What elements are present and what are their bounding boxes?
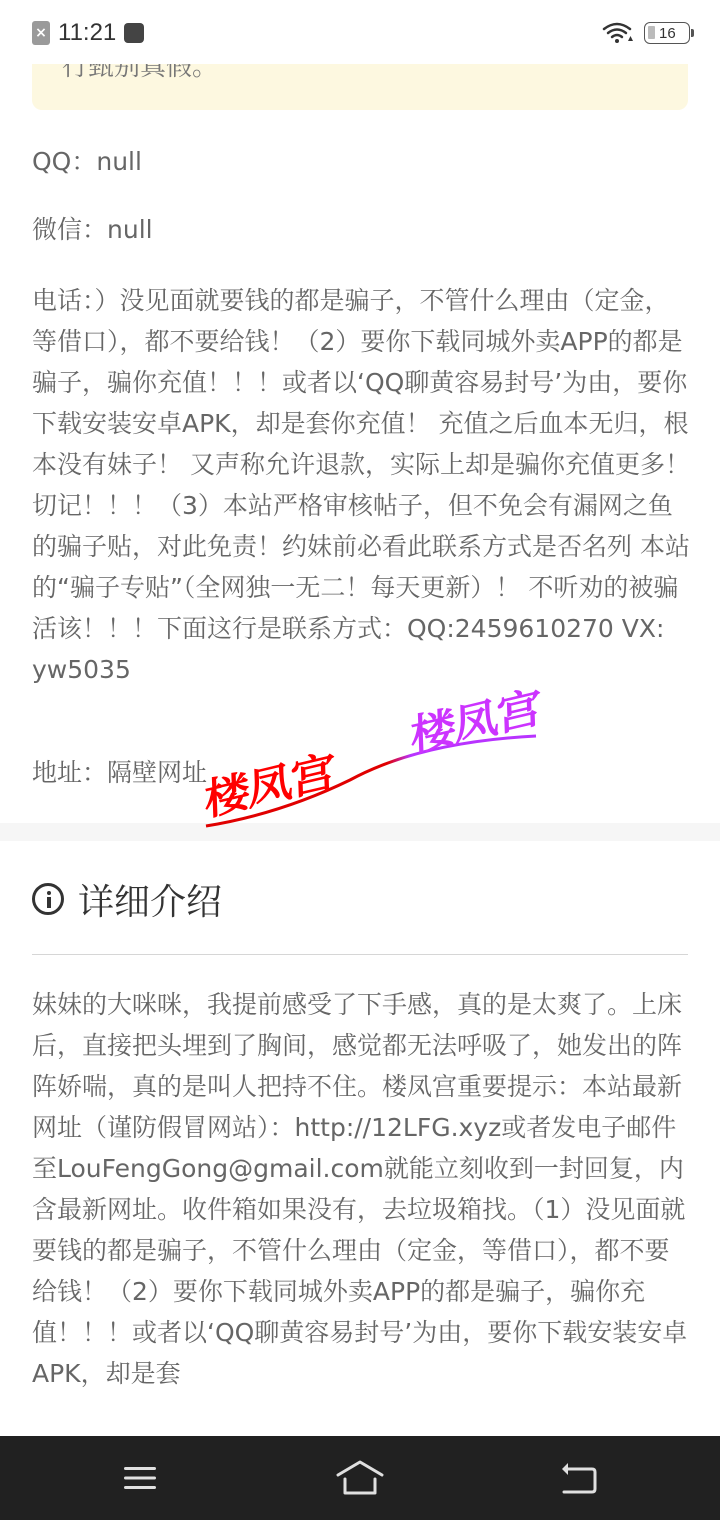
menu-button[interactable] [80, 1436, 200, 1520]
menu-icon [122, 1464, 158, 1492]
qq-field: QQ：null [32, 146, 142, 178]
home-icon [335, 1460, 385, 1496]
details-divider [32, 954, 688, 955]
wechat-field: 微信：null [32, 214, 153, 246]
navigation-bar [0, 1436, 720, 1520]
details-body: 妹妹的大咪咪，我提前感受了下手感，真的是太爽了。上床后，直接把头埋到了胸间，感觉… [32, 984, 688, 1394]
watermark-swoosh [200, 680, 540, 830]
section-separator [0, 823, 720, 841]
app-notification-icon [124, 23, 144, 43]
status-left: × 11:21 [32, 18, 144, 48]
battery-icon: 16 [644, 22, 690, 44]
battery-fill [648, 26, 655, 39]
home-button[interactable] [300, 1436, 420, 1520]
status-right: 16 [602, 20, 690, 46]
battery-tip [691, 29, 694, 37]
info-icon [32, 883, 64, 915]
clock: 11:21 [58, 19, 116, 47]
status-bar: × 11:21 16 [0, 0, 720, 64]
phone-field: 电话：）没见面就要钱的都是骗子，不管什么理由（定金，等借口），都不要给钱！（2）… [32, 280, 692, 690]
watermark: 楼凤宫 楼凤宫 [200, 680, 540, 830]
back-button[interactable] [518, 1436, 638, 1520]
notification-close-icon: × [32, 21, 50, 45]
back-icon [558, 1460, 598, 1496]
wifi-icon [602, 21, 634, 45]
details-title: 详细介绍 [78, 874, 222, 925]
battery-level: 16 [659, 25, 676, 42]
address-field: 地址：隔壁网址 [32, 757, 207, 789]
watermark-text-red: 楼凤宫 [203, 736, 334, 829]
details-header: 详细介绍 [32, 876, 222, 922]
